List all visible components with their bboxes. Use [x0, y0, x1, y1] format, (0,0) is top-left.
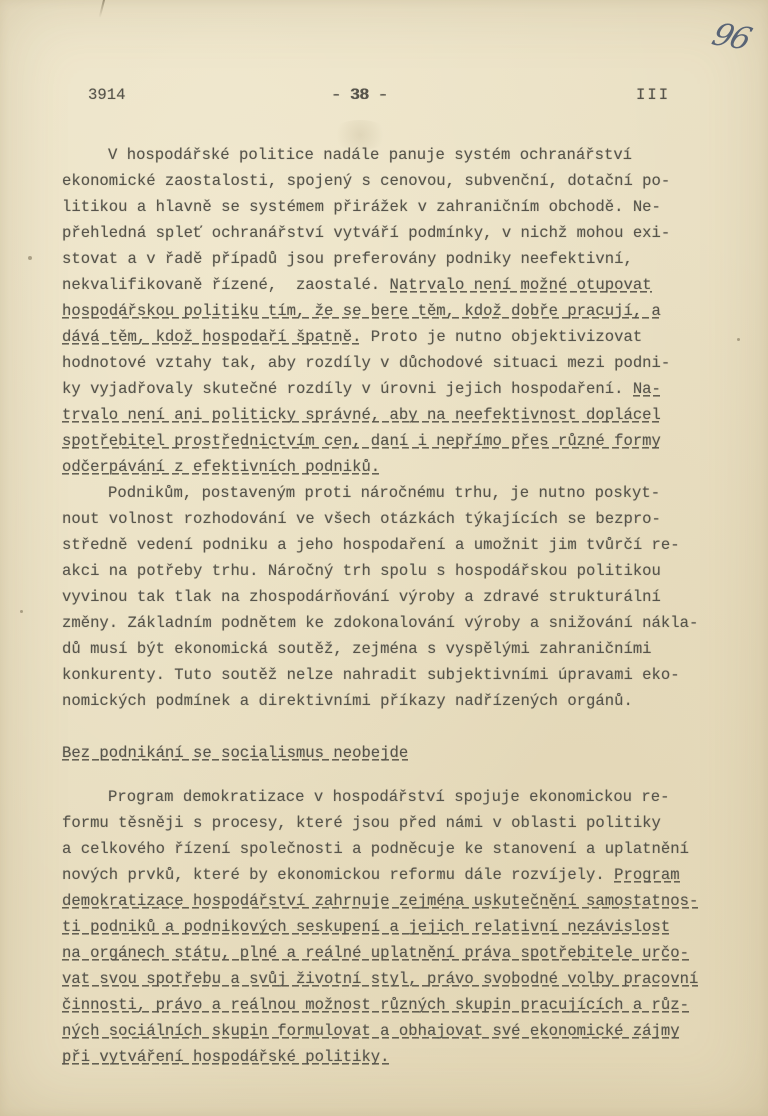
- text-segment: V hospodářské politice nadále panuje sys…: [108, 146, 632, 164]
- document-body: V hospodářské politice nadále panuje sys…: [62, 142, 722, 1070]
- text-line: přehledná spleť ochranářství vytváří pod…: [62, 220, 722, 246]
- paragraph: Program demokratizace v hospodářství spo…: [62, 784, 722, 1070]
- underlined-text-segment: na orgánech státu, plné a reálné uplatně…: [62, 944, 689, 962]
- underlined-text-segment: Program: [614, 866, 680, 884]
- text-segment: ky vyjadřovaly skutečné rozdíly v úrovni…: [62, 380, 633, 398]
- section-heading: Bez podnikání se socialismus neobejde: [62, 740, 722, 766]
- underlined-text-segment: dává těm, kdož hospodaří špatně.: [62, 328, 361, 346]
- underlined-text-segment: demokratizace hospodářství zahrnuje zejm…: [62, 892, 698, 910]
- text-line: při vytváření hospodářské politiky.: [62, 1044, 722, 1070]
- text-line: nových prvků, které by ekonomickou refor…: [62, 862, 722, 888]
- underlined-text-segment: hospodářskou politiku tím, že se bere tě…: [62, 302, 661, 320]
- text-segment: Program demokratizace v hospodářství spo…: [108, 788, 669, 806]
- paper-crease: [99, 0, 105, 18]
- text-segment: nových prvků, které by ekonomickou refor…: [62, 866, 614, 884]
- underlined-text-segment: Na-: [633, 380, 661, 398]
- underlined-text-segment: odčerpávání z efektivních podniků.: [62, 458, 380, 476]
- text-line: Podnikům, postaveným proti náročnému trh…: [62, 480, 722, 506]
- text-line: činnosti, právo a reálnou možnost různýc…: [62, 992, 722, 1018]
- underlined-text-segment: při vytváření hospodářské politiky.: [62, 1048, 390, 1066]
- text-line: změny. Základním podnětem ke zdokonalová…: [62, 610, 722, 636]
- text-segment: změny. Základním podnětem ke zdokonalová…: [62, 614, 698, 632]
- underlined-text-segment: ti podniků a podnikových seskupení a jej…: [62, 918, 670, 936]
- text-segment: dů musí být ekonomická soutěž, zejména s…: [62, 640, 652, 658]
- text-line: litikou a hlavně se systémem přirážek v …: [62, 194, 722, 220]
- text-line: dává těm, kdož hospodaří špatně. Proto j…: [62, 324, 722, 350]
- text-segment: nekvalifikovaně řízené, zaostalé.: [62, 276, 390, 294]
- handwritten-page-number: 96: [708, 20, 753, 55]
- text-segment: hodnotové vztahy tak, aby rozdíly v důch…: [62, 354, 670, 372]
- scanned-typewritten-page: 96 3914 - 38 - III V hospodářské politic…: [0, 0, 768, 1116]
- text-segment: Podnikům, postaveným proti náročnému trh…: [108, 484, 660, 502]
- text-line: trvalo není ani politicky správné, aby n…: [62, 402, 722, 428]
- paper-speck: [20, 610, 23, 613]
- underlined-text-segment: Bez podnikání se socialismus neobejde: [62, 744, 408, 762]
- text-line: Bez podnikání se socialismus neobejde: [62, 740, 722, 766]
- text-line: ekonomické zaostalosti, spojený s cenovo…: [62, 168, 722, 194]
- paper-speck: [737, 338, 740, 341]
- text-line: nekvalifikovaně řízené, zaostalé. Natrva…: [62, 272, 722, 298]
- text-line: hodnotové vztahy tak, aby rozdíly v důch…: [62, 350, 722, 376]
- header-archive-number: 3914: [88, 86, 125, 104]
- text-line: konkurenty. Tuto soutěž nelze nahradit s…: [62, 662, 722, 688]
- text-line: středně vedení podniku a jeho hospodařen…: [62, 532, 722, 558]
- text-segment: formu těsněji s procesy, které jsou před…: [62, 814, 661, 832]
- text-segment: a celkového řízení společnosti a podněcu…: [62, 840, 689, 858]
- underlined-text-segment: ných sociálních skupin formulovat a obha…: [62, 1022, 680, 1040]
- text-segment: středně vedení podniku a jeho hospodařen…: [62, 536, 680, 554]
- page-header: 3914 - 38 - III: [0, 86, 768, 108]
- header-page-number: - 38 -: [331, 86, 387, 104]
- text-line: nomických podmínek a direktivními příkaz…: [62, 688, 722, 714]
- text-line: ti podniků a podnikových seskupení a jej…: [62, 914, 722, 940]
- underlined-text-segment: vat svou spotřebu a svůj životní styl, p…: [62, 970, 698, 988]
- text-line: demokratizace hospodářství zahrnuje zejm…: [62, 888, 722, 914]
- text-segment: nomických podmínek a direktivními příkaz…: [62, 692, 633, 710]
- text-line: formu těsněji s procesy, které jsou před…: [62, 810, 722, 836]
- text-line: vat svou spotřebu a svůj životní styl, p…: [62, 966, 722, 992]
- text-line: spotřebitel prostřednictvím cen, daní i …: [62, 428, 722, 454]
- text-line: dů musí být ekonomická soutěž, zejména s…: [62, 636, 722, 662]
- text-line: Program demokratizace v hospodářství spo…: [62, 784, 722, 810]
- text-segment: litikou a hlavně se systémem přirážek v …: [62, 198, 661, 216]
- paper-speck: [28, 256, 32, 260]
- text-line: ných sociálních skupin formulovat a obha…: [62, 1018, 722, 1044]
- text-line: ky vyjadřovaly skutečné rozdíly v úrovni…: [62, 376, 722, 402]
- text-line: nout volnost rozhodování ve všech otázká…: [62, 506, 722, 532]
- text-segment: stovat a v řadě případů jsou preferovány…: [62, 250, 633, 268]
- text-line: stovat a v řadě případů jsou preferovány…: [62, 246, 722, 272]
- paragraph: Podnikům, postaveným proti náročnému trh…: [62, 480, 722, 714]
- paragraph: V hospodářské politice nadále panuje sys…: [62, 142, 722, 480]
- text-segment: nout volnost rozhodování ve všech otázká…: [62, 510, 661, 528]
- text-line: akci na potřeby trhu. Náročný trh spolu …: [62, 558, 722, 584]
- text-line: odčerpávání z efektivních podniků.: [62, 454, 722, 480]
- text-line: hospodářskou politiku tím, že se bere tě…: [62, 298, 722, 324]
- underlined-text-segment: trvalo není ani politicky správné, aby n…: [62, 406, 661, 424]
- text-line: na orgánech státu, plné a reálné uplatně…: [62, 940, 722, 966]
- text-segment: ekonomické zaostalosti, spojený s cenovo…: [62, 172, 670, 190]
- text-line: V hospodářské politice nadále panuje sys…: [62, 142, 722, 168]
- text-segment: konkurenty. Tuto soutěž nelze nahradit s…: [62, 666, 680, 684]
- text-segment: přehledná spleť ochranářství vytváří pod…: [62, 224, 670, 242]
- header-section-number: III: [636, 86, 670, 104]
- text-line: a celkového řízení společnosti a podněcu…: [62, 836, 722, 862]
- text-segment: akci na potřeby trhu. Náročný trh spolu …: [62, 562, 661, 580]
- text-segment: vyvinou tak tlak na zhospodárňování výro…: [62, 588, 661, 606]
- underlined-text-segment: Natrvalo není možné otupovat: [390, 276, 652, 294]
- underlined-text-segment: činnosti, právo a reálnou možnost různýc…: [62, 996, 689, 1014]
- text-line: vyvinou tak tlak na zhospodárňování výro…: [62, 584, 722, 610]
- underlined-text-segment: spotřebitel prostřednictvím cen, daní i …: [62, 432, 661, 450]
- text-segment: Proto je nutno objektivizovat: [361, 328, 642, 346]
